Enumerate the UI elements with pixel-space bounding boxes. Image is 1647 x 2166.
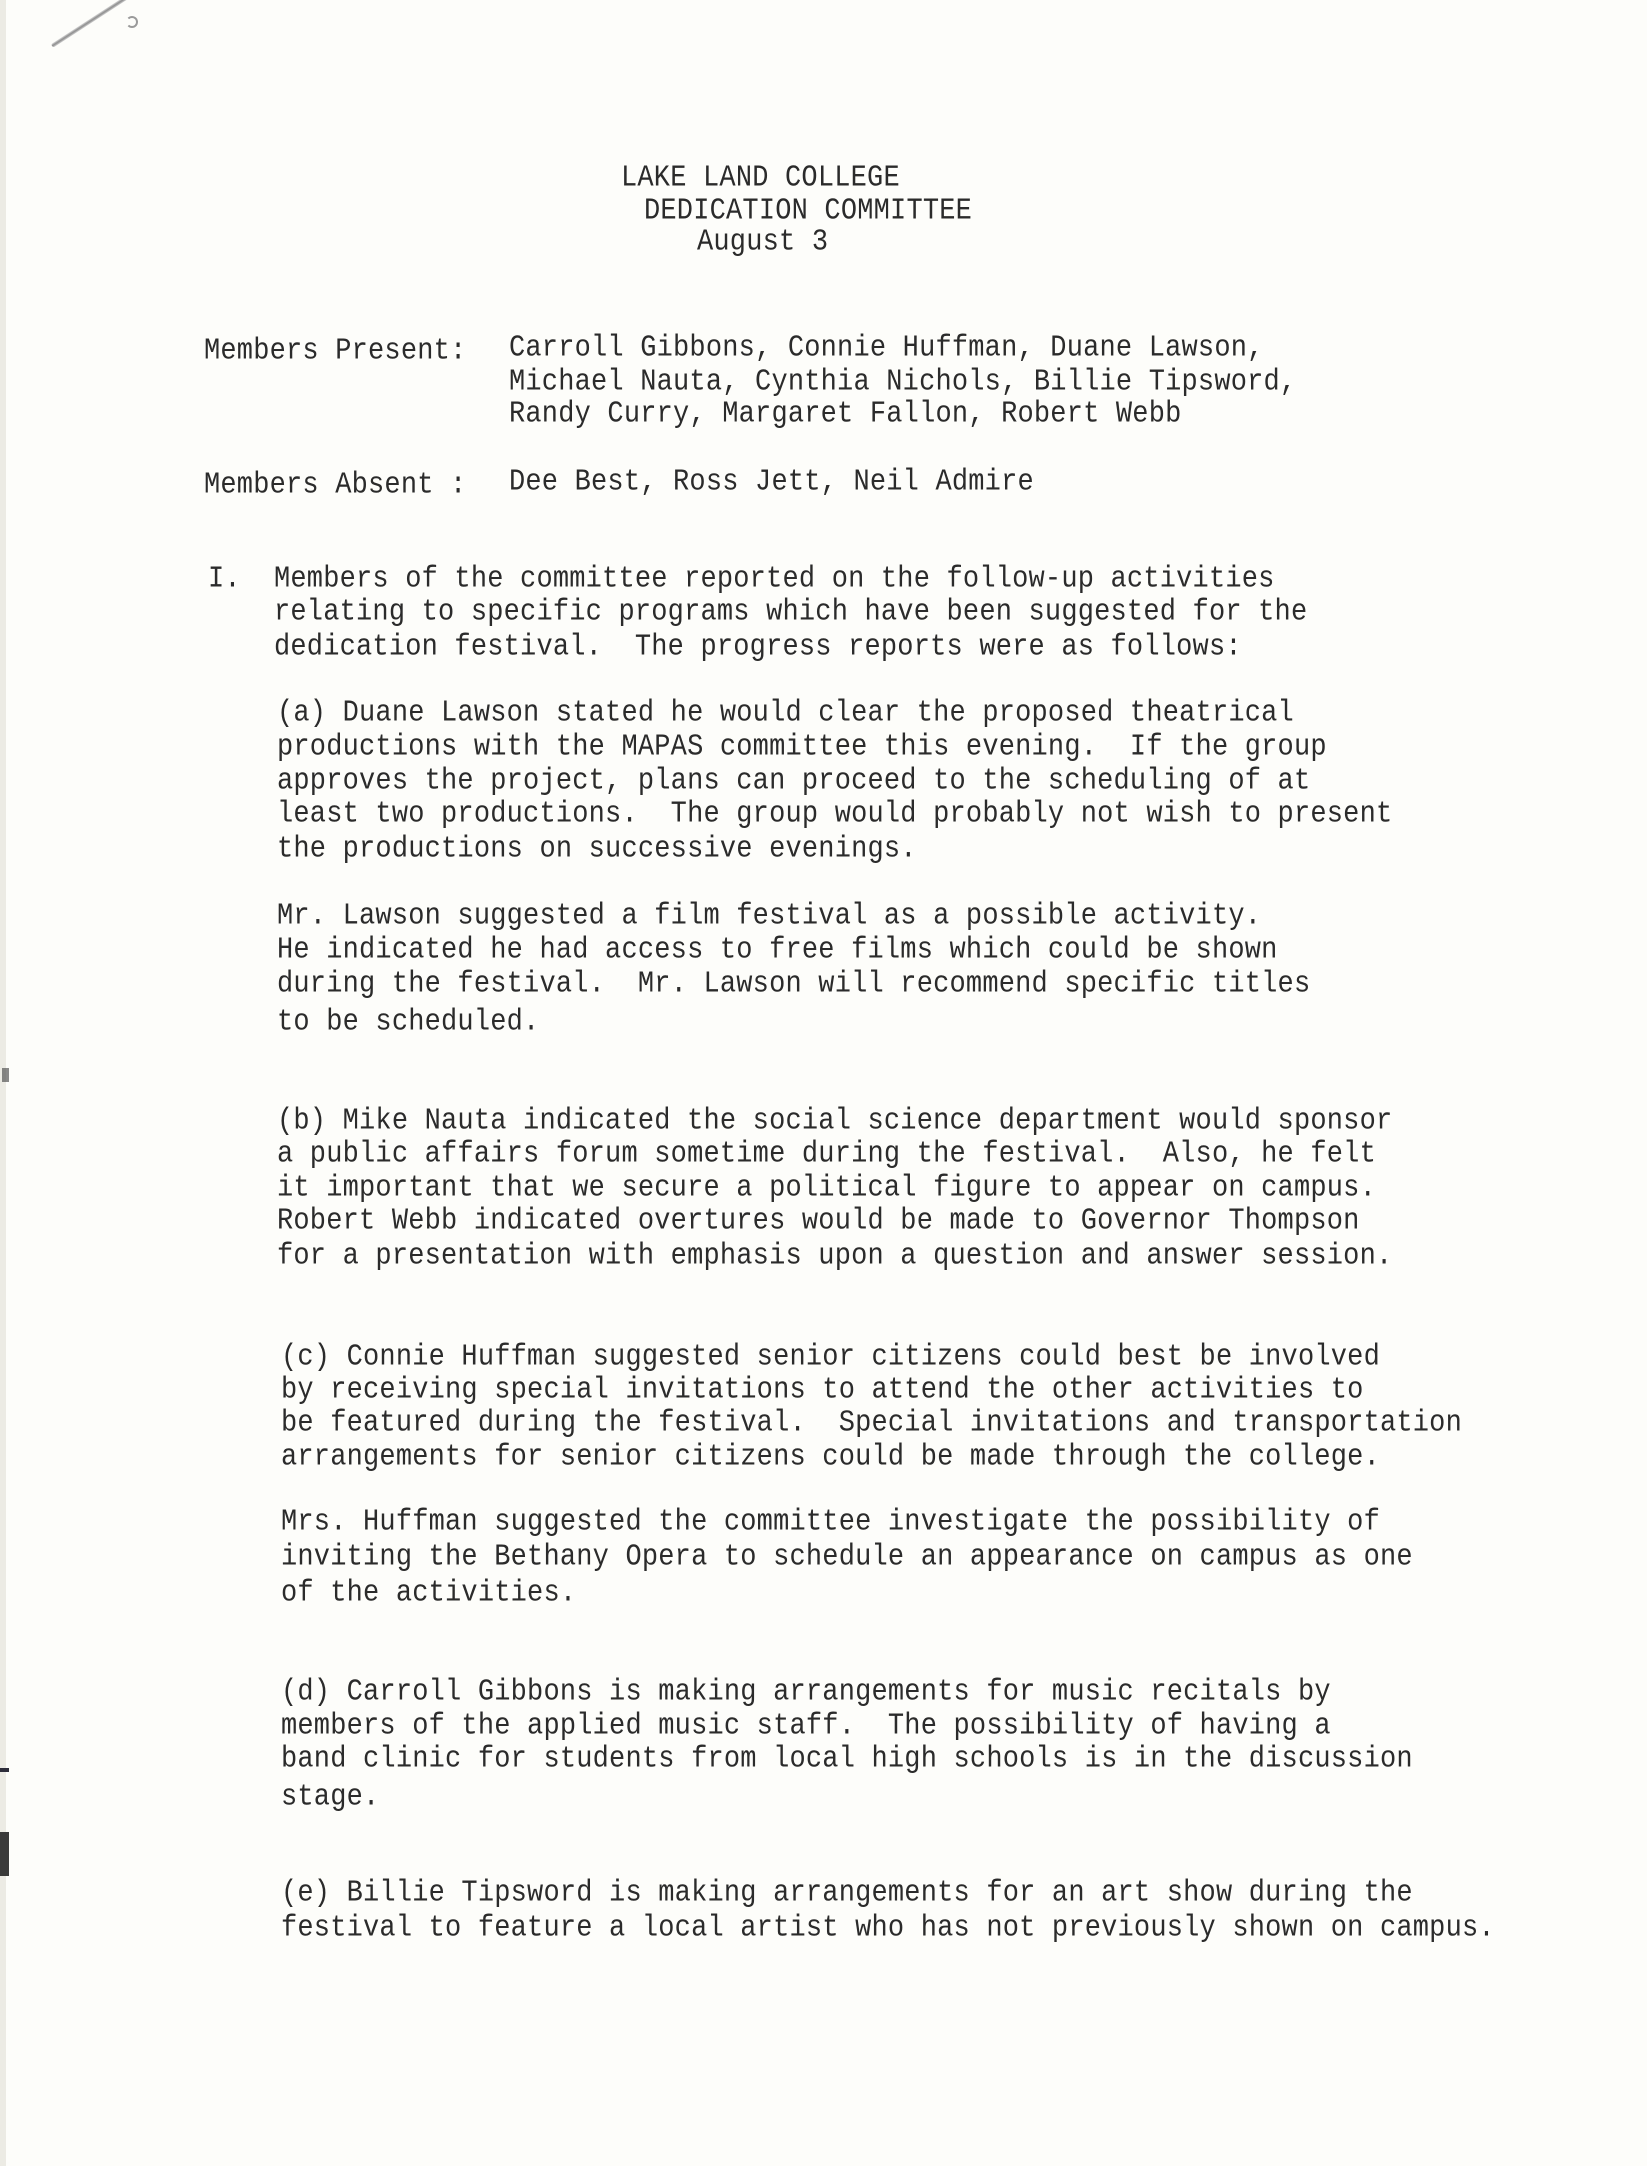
scan-edge-mark xyxy=(2,1068,9,1082)
item-line: during the festival. Mr. Lawson will rec… xyxy=(277,968,1310,1002)
item-line: the productions on successive evenings. xyxy=(277,833,917,867)
section-line: Members of the committee reported on the… xyxy=(274,563,1275,597)
members-present-line: Randy Curry, Margaret Fallon, Robert Web… xyxy=(509,398,1182,432)
item-line: Mr. Lawson suggested a film festival as … xyxy=(277,900,1261,934)
members-present-line: Michael Nauta, Cynthia Nichols, Billie T… xyxy=(509,366,1296,400)
item-line: approves the project, plans can proceed … xyxy=(277,765,1310,799)
staple-icon xyxy=(51,0,130,48)
item-line: arrangements for senior citizens could b… xyxy=(281,1441,1380,1475)
item-line: of the activities. xyxy=(281,1577,576,1611)
item-line: for a presentation with emphasis upon a … xyxy=(277,1240,1392,1274)
item-line: (e) Billie Tipsword is making arrangemen… xyxy=(281,1877,1413,1911)
item-line: stage. xyxy=(281,1781,379,1815)
item-line: Mrs. Huffman suggested the committee inv… xyxy=(281,1506,1380,1540)
item-line: a public affairs forum sometime during t… xyxy=(277,1138,1376,1172)
scan-edge-mark xyxy=(0,1832,9,1876)
item-line: by receiving special invitations to atte… xyxy=(281,1374,1364,1408)
section-line: dedication festival. The progress report… xyxy=(274,631,1242,665)
members-present-label: Members Present: xyxy=(204,335,466,369)
item-line: festival to feature a local artist who h… xyxy=(281,1912,1495,1946)
item-line: productions with the MAPAS committee thi… xyxy=(277,731,1327,765)
section-line: relating to specific programs which have… xyxy=(274,596,1307,630)
item-line: to be scheduled. xyxy=(277,1006,539,1040)
members-present-line: Carroll Gibbons, Connie Huffman, Duane L… xyxy=(509,332,1264,366)
item-line: (b) Mike Nauta indicated the social scie… xyxy=(277,1105,1392,1139)
scan-edge-mark xyxy=(0,1768,9,1772)
item-line: it important that we secure a political … xyxy=(277,1172,1376,1206)
members-absent-label: Members Absent : xyxy=(204,469,466,503)
header-date: August 3 xyxy=(697,226,828,260)
item-line: (c) Connie Huffman suggested senior citi… xyxy=(281,1341,1380,1375)
item-line: be featured during the festival. Special… xyxy=(281,1407,1462,1441)
staple-hook-icon xyxy=(126,16,138,28)
item-line: (d) Carroll Gibbons is making arrangemen… xyxy=(281,1676,1331,1710)
item-line: band clinic for students from local high… xyxy=(281,1743,1413,1777)
header-subtitle: DEDICATION COMMITTEE xyxy=(644,195,972,229)
item-line: members of the applied music staff. The … xyxy=(281,1710,1331,1744)
header-title: LAKE LAND COLLEGE xyxy=(621,162,900,196)
item-line: He indicated he had access to free films… xyxy=(277,934,1278,968)
members-absent-line: Dee Best, Ross Jett, Neil Admire xyxy=(509,466,1034,500)
item-line: inviting the Bethany Opera to schedule a… xyxy=(281,1541,1413,1575)
section-numeral: I. xyxy=(208,563,241,597)
item-line: least two productions. The group would p… xyxy=(277,798,1392,832)
item-line: (a) Duane Lawson stated he would clear t… xyxy=(277,697,1294,731)
item-line: Robert Webb indicated overtures would be… xyxy=(277,1205,1360,1239)
